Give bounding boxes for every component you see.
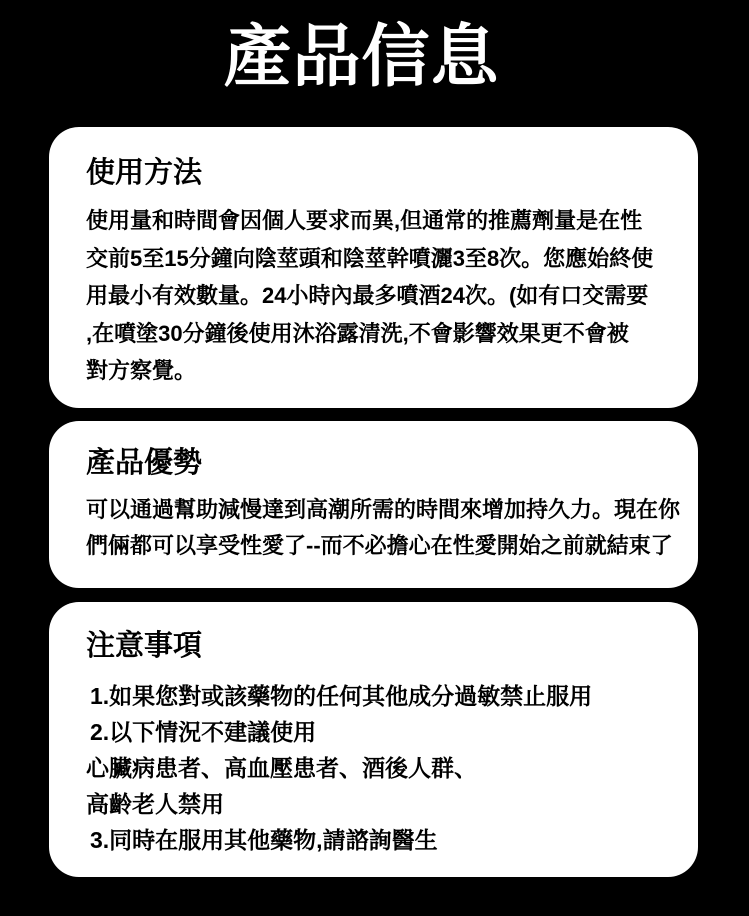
usage-line: 用最小有效數量。24小時內最多噴酒24次。(如有口交需要 bbox=[86, 277, 680, 315]
precaution-item: 高齡老人禁用 bbox=[86, 786, 680, 822]
usage-line: ,在噴塗30分鐘後使用沐浴露清洗,不會影響效果更不會被 bbox=[86, 315, 680, 353]
precaution-item: 1.如果您對或該藥物的任何其他成分過敏禁止服用 bbox=[86, 678, 680, 714]
advantages-line: 可以通過幫助減慢達到高潮所需的時間來增加持久力。現在你 bbox=[86, 492, 680, 528]
precautions-heading: 注意事項 bbox=[86, 630, 680, 663]
page-title: 產品信息 bbox=[0, 22, 749, 93]
advantages-card: 產品優勢 可以通過幫助減慢達到高潮所需的時間來增加持久力。現在你 們倆都可以享受… bbox=[49, 421, 698, 588]
precaution-item: 2.以下情況不建議使用 bbox=[86, 714, 680, 750]
usage-paragraph: 使用量和時間會因個人要求而異,但通常的推薦劑量是在性 交前5至15分鐘向陰莖頭和… bbox=[86, 202, 680, 390]
usage-heading: 使用方法 bbox=[86, 157, 680, 190]
usage-card: 使用方法 使用量和時間會因個人要求而異,但通常的推薦劑量是在性 交前5至15分鐘… bbox=[49, 127, 698, 408]
advantages-line: 們倆都可以享受性愛了--而不必擔心在性愛開始之前就結束了 bbox=[86, 528, 680, 564]
advantages-paragraph: 可以通過幫助減慢達到高潮所需的時間來增加持久力。現在你 們倆都可以享受性愛了--… bbox=[86, 492, 680, 564]
precautions-card: 注意事項 1.如果您對或該藥物的任何其他成分過敏禁止服用 2.以下情況不建議使用… bbox=[49, 602, 698, 877]
usage-line: 使用量和時間會因個人要求而異,但通常的推薦劑量是在性 bbox=[86, 202, 680, 240]
precaution-item: 3.同時在服用其他藥物,請諮詢醫生 bbox=[86, 822, 680, 858]
usage-line: 交前5至15分鐘向陰莖頭和陰莖幹噴灑3至8次。您應始終使 bbox=[86, 240, 680, 278]
precaution-item: 心臟病患者、高血壓患者、酒後人群、 bbox=[86, 750, 680, 786]
usage-line: 對方察覺。 bbox=[86, 352, 680, 390]
precautions-list: 1.如果您對或該藥物的任何其他成分過敏禁止服用 2.以下情況不建議使用 心臟病患… bbox=[86, 678, 680, 858]
advantages-heading: 產品優勢 bbox=[86, 447, 680, 480]
product-info-page: 產品信息 使用方法 使用量和時間會因個人要求而異,但通常的推薦劑量是在性 交前5… bbox=[0, 0, 749, 916]
